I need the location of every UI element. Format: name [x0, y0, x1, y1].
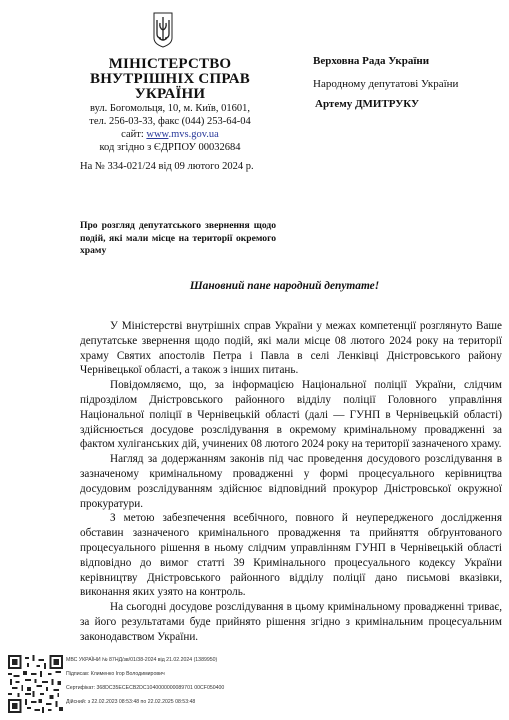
edrpou-code: код згідно з ЄДРПОУ 00032684 — [70, 141, 270, 155]
stamp-registration: МВС УКРАЇНИ № 87НД/зв/01/38-2024 від 21.… — [66, 657, 217, 664]
recipient-name: Артему ДМИТРУКУ — [315, 97, 419, 111]
letter-body: У Міністерстві внутрішніх справ України … — [80, 319, 502, 645]
ministry-name-line-2: ВНУТРІШНІХ СПРАВ — [70, 72, 270, 87]
qr-code-icon — [8, 655, 63, 713]
recipient-organization: Верховна Рада України — [313, 54, 429, 68]
ukraine-trident-icon — [153, 12, 173, 48]
site-link[interactable]: www — [146, 129, 168, 140]
address-street: вул. Богомольця, 10, м. Київ, 01601, — [70, 102, 270, 116]
ministry-name-line-3: УКРАЇНИ — [70, 87, 270, 102]
body-paragraph: З метою забезпечення всебічного, повного… — [80, 511, 502, 600]
address-site: сайт: www.mvs.gov.ua — [70, 128, 270, 142]
body-paragraph: Нагляд за додержанням законів під час пр… — [80, 452, 502, 511]
stamp-certificate: Сертифікат: 368DC35ECECB2DC1040000000089… — [66, 685, 224, 692]
recipient-position: Народному депутатові України — [313, 77, 458, 91]
body-paragraph: Повідомляємо, що, за інформацією Націона… — [80, 378, 502, 452]
body-paragraph: На сьогодні досудове розслідування в цьо… — [80, 600, 502, 644]
reference-number: На № 334-021/24 від 09 лютого 2024 р. — [80, 160, 254, 174]
address-phone: тел. 256-03-33, факс (044) 253-64-04 — [70, 115, 270, 129]
body-paragraph: У Міністерстві внутрішніх справ України … — [80, 319, 502, 378]
stamp-validity: Дійсний: з 22.02.2023 08:53:48 по 22.02.… — [66, 699, 195, 706]
greeting: Шановний пане народний депутате! — [0, 279, 509, 293]
letter-subject: Про розгляд депутатського звернення щодо… — [80, 220, 276, 258]
site-label: сайт: — [121, 129, 146, 140]
site-link-domain[interactable]: .mvs.gov.ua — [168, 129, 218, 140]
ministry-name-line-1: МІНІСТЕРСТВО — [70, 57, 270, 72]
site-link-www[interactable]: www — [146, 129, 168, 140]
stamp-signed-by: Підписав: Клименко Ігор Володимирович — [66, 671, 165, 678]
